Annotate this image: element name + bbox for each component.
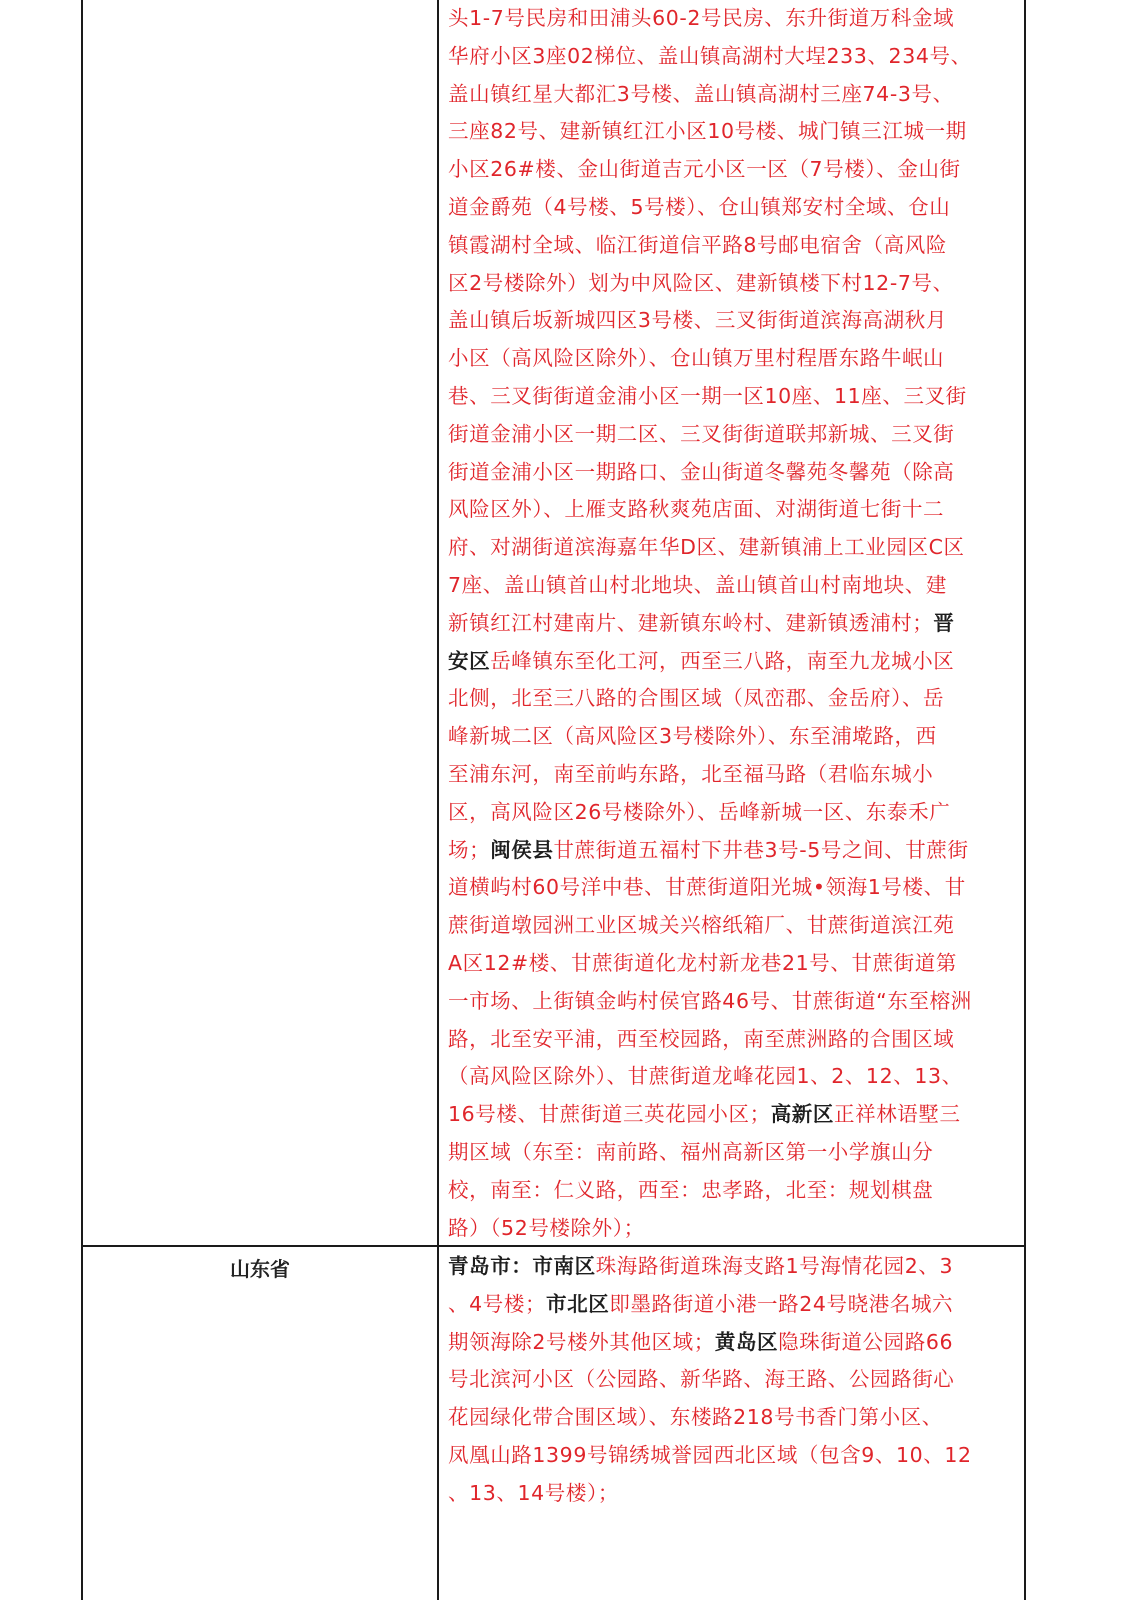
column-divider xyxy=(437,0,439,1600)
area-text-line: 青岛市：市南区珠海路街道珠海支路1号海情花园2、3 xyxy=(448,1248,1023,1286)
area-description-text: 期区域（东至：南前路、福州高新区第一小学旗山分 xyxy=(448,1140,933,1164)
area-description-text: 蔗街道墩园洲工业区城关兴榕纸箱厂、甘蔗街道滨江苑 xyxy=(448,913,954,937)
area-description-text: 府、对湖街道滨海嘉年华D区、建新镇浦上工业园区C区 xyxy=(448,535,965,559)
area-text-line: 风险区外）、上雁支路秋爽苑店面、对湖街道七街十二 xyxy=(448,491,1023,529)
area-description-text: 路）（52号楼除外）； xyxy=(448,1216,645,1240)
area-text-line: A区12#楼、甘蔗街道化龙村新龙巷21号、甘蔗街道第 xyxy=(448,945,1023,983)
area-description-text: A区12#楼、甘蔗街道化龙村新龙巷21号、甘蔗街道第 xyxy=(448,951,957,975)
area-description-text: 珠海路街道珠海支路1号海情花园2、3 xyxy=(596,1254,953,1278)
area-text-line: 校，南至：仁义路，西至：忠孝路，北至：规划棋盘 xyxy=(448,1172,1023,1210)
area-text-line: 一市场、上街镇金屿村侯官路46号、甘蔗街道“东至榕洲 xyxy=(448,983,1023,1021)
area-text-line: 凤凰山路1399号锦绣城誉园西北区域（包含9、10、12 xyxy=(448,1437,1023,1475)
area-text-line: 北侧，北至三八路的合围区域（凤峦郡、金岳府）、岳 xyxy=(448,680,1023,718)
area-description-text: 期领海除2号楼外其他区域； xyxy=(448,1330,715,1354)
area-text-line: 安区岳峰镇东至化工河，西至三八路，南至九龙城小区 xyxy=(448,643,1023,681)
district-name-label: 黄岛区 xyxy=(715,1330,778,1354)
area-text-line: 街道金浦小区一期二区、三叉街街道联邦新城、三叉街 xyxy=(448,416,1023,454)
area-text-line: 巷、三叉街街道金浦小区一期一区10座、11座、三叉街 xyxy=(448,378,1023,416)
area-text-line: 府、对湖街道滨海嘉年华D区、建新镇浦上工业园区C区 xyxy=(448,529,1023,567)
area-description-text: 区2号楼除外）划为中风险区、建新镇楼下村12-7号、 xyxy=(448,271,954,295)
area-description-text: 巷、三叉街街道金浦小区一期一区10座、11座、三叉街 xyxy=(448,384,967,408)
area-text-line: （高风险区除外）、甘蔗街道龙峰花园1、2、12、13、 xyxy=(448,1058,1023,1096)
area-description-text: 三座82号、建新镇红江小区10号楼、城门镇三江城一期 xyxy=(448,119,967,143)
area-description-text: 风险区外）、上雁支路秋爽苑店面、对湖街道七街十二 xyxy=(448,497,944,521)
area-description-text: 盖山镇红星大都汇3号楼、盖山镇高湖村三座74-3号、 xyxy=(448,82,954,106)
district-name-label: 闽侯县 xyxy=(490,838,553,862)
area-text-line: 盖山镇红星大都汇3号楼、盖山镇高湖村三座74-3号、 xyxy=(448,76,1023,114)
area-description-text: 小区（高风险区除外）、仓山镇万里村程厝东路牛岷山 xyxy=(448,346,944,370)
area-text-line: 花园绿化带合围区域）、东楼路218号书香门第小区、 xyxy=(448,1399,1023,1437)
area-text-line: 道横屿村60号洋中巷、甘蔗街道阳光城•领海1号楼、甘 xyxy=(448,869,1023,907)
area-description-text: 场； xyxy=(448,838,490,862)
area-text-line: 华府小区3座02梯位、盖山镇高湖村大埕233、234号、 xyxy=(448,38,1023,76)
area-description-text: （高风险区除外）、甘蔗街道龙峰花园1、2、12、13、 xyxy=(448,1064,963,1088)
district-name-label: 高新区 xyxy=(771,1102,834,1126)
area-text-line: 至浦东河，南至前屿东路，北至福马路（君临东城小 xyxy=(448,756,1023,794)
area-text-line: 、13、14号楼）； xyxy=(448,1475,1023,1513)
area-text-line: 期领海除2号楼外其他区域；黄岛区隐珠街道公园路66 xyxy=(448,1324,1023,1362)
area-list-cell-shandong: 青岛市：市南区珠海路街道珠海支路1号海情花园2、3、4号楼；市北区即墨路街道小港… xyxy=(448,1248,1023,1513)
area-text-line: 7座、盖山镇首山村北地块、盖山镇首山村南地块、建 xyxy=(448,567,1023,605)
district-name-label: 青岛市：市南区 xyxy=(448,1254,596,1278)
area-description-text: 镇霞湖村全域、临江街道信平路8号邮电宿舍（高风险 xyxy=(448,233,947,257)
area-text-line: 期区域（东至：南前路、福州高新区第一小学旗山分 xyxy=(448,1134,1023,1172)
area-description-text: 岳峰镇东至化工河，西至三八路，南至九龙城小区 xyxy=(490,649,954,673)
area-text-line: 蔗街道墩园洲工业区城关兴榕纸箱厂、甘蔗街道滨江苑 xyxy=(448,907,1023,945)
area-text-line: 镇霞湖村全域、临江街道信平路8号邮电宿舍（高风险 xyxy=(448,227,1023,265)
area-description-text: 小区26#楼、金山街道吉元小区一区（7号楼）、金山街 xyxy=(448,157,961,181)
area-description-text: 7座、盖山镇首山村北地块、盖山镇首山村南地块、建 xyxy=(448,573,947,597)
area-description-text: 路，北至安平浦，西至校园路，南至蔗洲路的合围区域 xyxy=(448,1027,954,1051)
area-text-line: 场；闽侯县甘蔗街道五福村下井巷3号-5号之间、甘蔗街 xyxy=(448,832,1023,870)
area-description-text: 至浦东河，南至前屿东路，北至福马路（君临东城小 xyxy=(448,762,933,786)
area-text-line: 街道金浦小区一期路口、金山街道冬馨苑冬馨苑（除高 xyxy=(448,454,1023,492)
area-description-text: 即墨路街道小港一路24号晓港名城六 xyxy=(609,1292,953,1316)
area-text-line: 峰新城二区（高风险区3号楼除外）、东至浦墘路，西 xyxy=(448,718,1023,756)
area-text-line: 道金爵苑（4号楼、5号楼）、仓山镇郑安村全域、仓山 xyxy=(448,189,1023,227)
area-text-line: 号北滨河小区（公园路、新华路、海王路、公园路街心 xyxy=(448,1361,1023,1399)
area-description-text: 、13、14号楼）； xyxy=(448,1481,619,1505)
area-description-text: 号北滨河小区（公园路、新华路、海王路、公园路街心 xyxy=(448,1367,954,1391)
area-description-text: 16号楼、甘蔗街道三英花园小区； xyxy=(448,1102,771,1126)
area-description-text: 花园绿化带合围区域）、东楼路218号书香门第小区、 xyxy=(448,1405,943,1429)
area-text-line: 盖山镇后坂新城四区3号楼、三叉街街道滨海高湖秋月 xyxy=(448,302,1023,340)
area-text-line: 新镇红江村建南片、建新镇东岭村、建新镇透浦村；晋 xyxy=(448,605,1023,643)
area-description-text: 新镇红江村建南片、建新镇东岭村、建新镇透浦村； xyxy=(448,611,933,635)
area-text-line: 路）（52号楼除外）； xyxy=(448,1210,1023,1248)
area-description-text: 头1-7号民房和田浦头60-2号民房、东升街道万科金域 xyxy=(448,6,954,30)
area-text-line: 小区（高风险区除外）、仓山镇万里村程厝东路牛岷山 xyxy=(448,340,1023,378)
area-text-line: 路，北至安平浦，西至校园路，南至蔗洲路的合围区域 xyxy=(448,1021,1023,1059)
area-description-text: 华府小区3座02梯位、盖山镇高湖村大埕233、234号、 xyxy=(448,44,972,68)
area-description-text: 街道金浦小区一期二区、三叉街街道联邦新城、三叉街 xyxy=(448,422,954,446)
area-text-line: 16号楼、甘蔗街道三英花园小区；高新区正祥林语墅三 xyxy=(448,1096,1023,1134)
province-cell-shandong: 山东省 xyxy=(83,1251,437,1289)
area-text-line: 头1-7号民房和田浦头60-2号民房、东升街道万科金域 xyxy=(448,0,1023,38)
area-description-text: 道金爵苑（4号楼、5号楼）、仓山镇郑安村全域、仓山 xyxy=(448,195,950,219)
area-text-line: 、4号楼；市北区即墨路街道小港一路24号晓港名城六 xyxy=(448,1286,1023,1324)
area-description-text: 正祥林语墅三 xyxy=(834,1102,961,1126)
area-description-text: 区，高风险区26号楼除外）、岳峰新城一区、东泰禾广 xyxy=(448,800,950,824)
area-text-line: 小区26#楼、金山街道吉元小区一区（7号楼）、金山街 xyxy=(448,151,1023,189)
district-name-label: 安区 xyxy=(448,649,490,673)
area-description-text: 北侧，北至三八路的合围区域（凤峦郡、金岳府）、岳 xyxy=(448,686,944,710)
area-description-text: 一市场、上街镇金屿村侯官路46号、甘蔗街道“东至榕洲 xyxy=(448,989,972,1013)
area-text-line: 区2号楼除外）划为中风险区、建新镇楼下村12-7号、 xyxy=(448,265,1023,303)
area-description-text: 盖山镇后坂新城四区3号楼、三叉街街道滨海高湖秋月 xyxy=(448,308,947,332)
area-text-line: 区，高风险区26号楼除外）、岳峰新城一区、东泰禾广 xyxy=(448,794,1023,832)
area-description-text: 峰新城二区（高风险区3号楼除外）、东至浦墘路，西 xyxy=(448,724,937,748)
district-name-label: 市北区 xyxy=(546,1292,609,1316)
area-text-line: 三座82号、建新镇红江小区10号楼、城门镇三江城一期 xyxy=(448,113,1023,151)
area-description-text: 道横屿村60号洋中巷、甘蔗街道阳光城•领海1号楼、甘 xyxy=(448,875,966,899)
area-description-text: 凤凰山路1399号锦绣城誉园西北区域（包含9、10、12 xyxy=(448,1443,972,1467)
district-name-label: 晋 xyxy=(933,611,954,635)
area-list-cell-fujian: 头1-7号民房和田浦头60-2号民房、东升街道万科金域华府小区3座02梯位、盖山… xyxy=(448,0,1023,1247)
area-description-text: 街道金浦小区一期路口、金山街道冬馨苑冬馨苑（除高 xyxy=(448,460,954,484)
area-description-text: 隐珠街道公园路66 xyxy=(778,1330,953,1354)
area-description-text: 、4号楼； xyxy=(448,1292,546,1316)
area-description-text: 甘蔗街道五福村下井巷3号-5号之间、甘蔗街 xyxy=(554,838,969,862)
area-description-text: 校，南至：仁义路，西至：忠孝路，北至：规划棋盘 xyxy=(448,1178,933,1202)
